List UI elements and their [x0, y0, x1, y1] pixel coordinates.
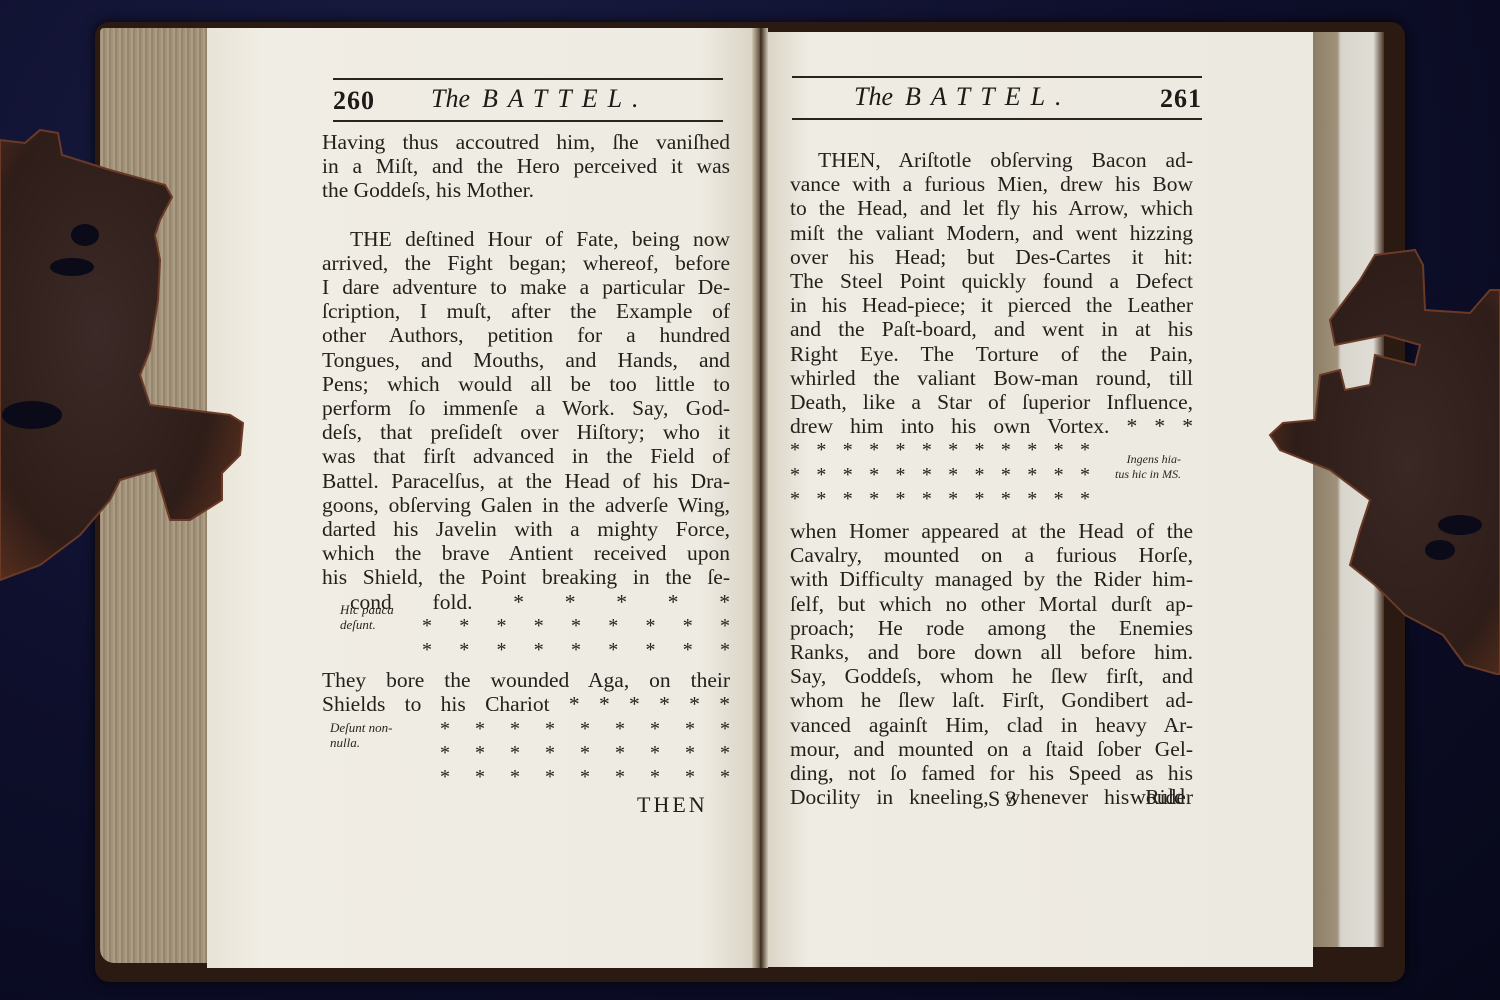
right-running-title: TheBATTEL. — [854, 82, 1072, 112]
text-line: goons, obſerving Galen in the adverſe Wi… — [322, 493, 730, 517]
text-line: Pens; which would all be too little to — [322, 372, 730, 396]
left-page-number: 260 — [333, 86, 375, 116]
text-line: darted his Javelin with a mighty Force, — [322, 517, 730, 541]
text-line: THE deſtined Hour of Fate, being now — [322, 227, 730, 251]
marginal-note-ingens-hiatus: Ingens hia- tus hic in MS. — [1115, 452, 1181, 482]
text-line: in his Head-piece; it pierced the Leathe… — [790, 293, 1193, 317]
text-line: Death, like a Star of ſuperior Influence… — [790, 390, 1193, 414]
text-line: his Shield, the Point breaking in the ſe… — [322, 565, 730, 589]
asterisk-row: * * * * * * * * * — [440, 741, 730, 765]
text-line: proach; He rode among the Enemies — [790, 616, 1193, 640]
text-line: I dare adventure to make a particular De… — [322, 275, 730, 299]
asterisk-row: * * * * * * * * * * * * — [790, 438, 1090, 462]
text-line: Tongues, and Mouths, and Hands, and — [322, 348, 730, 372]
right-page-clip-icon — [1265, 245, 1500, 675]
text-line: Battel. Paracelſus, at the Head of his D… — [322, 469, 730, 493]
right-page-number: 261 — [1160, 84, 1202, 114]
text-line: Right Eye. The Torture of the Pain, — [790, 342, 1193, 366]
text-line: whirled the valiant Bow-man round, till — [790, 366, 1193, 390]
left-catchword: THEN — [637, 792, 708, 818]
text-line: and the Paſt-board, and went in at his — [790, 317, 1193, 341]
text-line: deſs, that preſideſt over Hiſtory; who i… — [322, 420, 730, 444]
text-line: Ranks, and bore down all before him. — [790, 640, 1193, 664]
book-gutter — [752, 28, 768, 968]
text-line: They bore the wounded Aga, on their — [322, 668, 730, 692]
text-line: when Homer appeared at the Head of the — [790, 519, 1193, 543]
asterisk-row: * * * * * * * * * * * * — [790, 463, 1090, 487]
left-running-head: 260 TheBATTEL. — [333, 78, 723, 122]
text-line: was that firſt advanced in the Field of — [322, 444, 730, 468]
text-line: the Goddeſs, his Mother. — [322, 178, 730, 202]
right-running-head: TheBATTEL. 261 — [792, 76, 1202, 120]
text-line: whom he ſlew laſt. Firſt, Gondibert ad- — [790, 688, 1193, 712]
signature-mark: S 3 — [988, 786, 1017, 812]
text-line: with Difficulty managed by the Rider him… — [790, 567, 1193, 591]
text-line: THEN, Ariſtotle obſerving Bacon ad- — [790, 148, 1193, 172]
asterisk-row: * * * * * * * * * — [422, 614, 730, 638]
text-line: Say, Goddeſs, whom he ſlew firſt, and — [790, 664, 1193, 688]
text-line: in a Miſt, and the Hero perceived it was — [322, 154, 730, 178]
left-page-clip-icon — [0, 125, 250, 585]
marginal-note-hic-pauca: Hic pauca deſunt. — [340, 602, 394, 632]
asterisk-row: * * * * * * * * * — [440, 717, 730, 741]
text-line: mour, and mounted on a ſtaid ſober Gel- — [790, 737, 1193, 761]
text-line: arrived, the Fight began; whereof, befor… — [322, 251, 730, 275]
text-line: ſelf, but which no other Mortal durſt ap… — [790, 592, 1193, 616]
text-line: ding, not ſo famed for his Speed as his — [790, 761, 1193, 785]
asterisk-row: * * * * * * * * * — [422, 638, 730, 662]
text-line: vance with a furious Mien, drew his Bow — [790, 172, 1193, 196]
text-line: The Steel Point quickly found a Defect — [790, 269, 1193, 293]
text-line: miſt the valiant Modern, and went hizzin… — [790, 221, 1193, 245]
right-catchword: would — [1130, 784, 1185, 810]
asterisk-row: * * * * * * * * * — [440, 765, 730, 789]
left-running-title: TheBATTEL. — [431, 84, 649, 114]
text-line: which the brave Antient received upon — [322, 541, 730, 565]
text-line: Cavalry, mounted on a furious Horſe, — [790, 543, 1193, 567]
asterisk-row: * * * * * * * * * * * * — [790, 487, 1090, 511]
text-line: to the Head, and let fly his Arrow, whic… — [790, 196, 1193, 220]
marginal-note-desunt-nonnulla: Deſunt non- nulla. — [330, 720, 392, 750]
text-line: ſcription, I muſt, after the Example of — [322, 299, 730, 323]
text-line: Having thus accoutred him, ſhe vaniſhed — [322, 130, 730, 154]
text-line: other Authors, petition for a hundred — [322, 323, 730, 347]
text-line: over his Head; but Des-Cartes it hit: — [790, 245, 1193, 269]
text-line: Shields to his Chariot * * * * * * — [322, 692, 730, 716]
left-body-text: Having thus accoutred him, ſhe vaniſhed … — [322, 130, 730, 789]
text-line: vanced againſt Him, clad in heavy Ar- — [790, 713, 1193, 737]
text-line: drew him into his own Vortex. * * * — [790, 414, 1193, 438]
text-line: perform ſo immenſe a Work. Say, God- — [322, 396, 730, 420]
